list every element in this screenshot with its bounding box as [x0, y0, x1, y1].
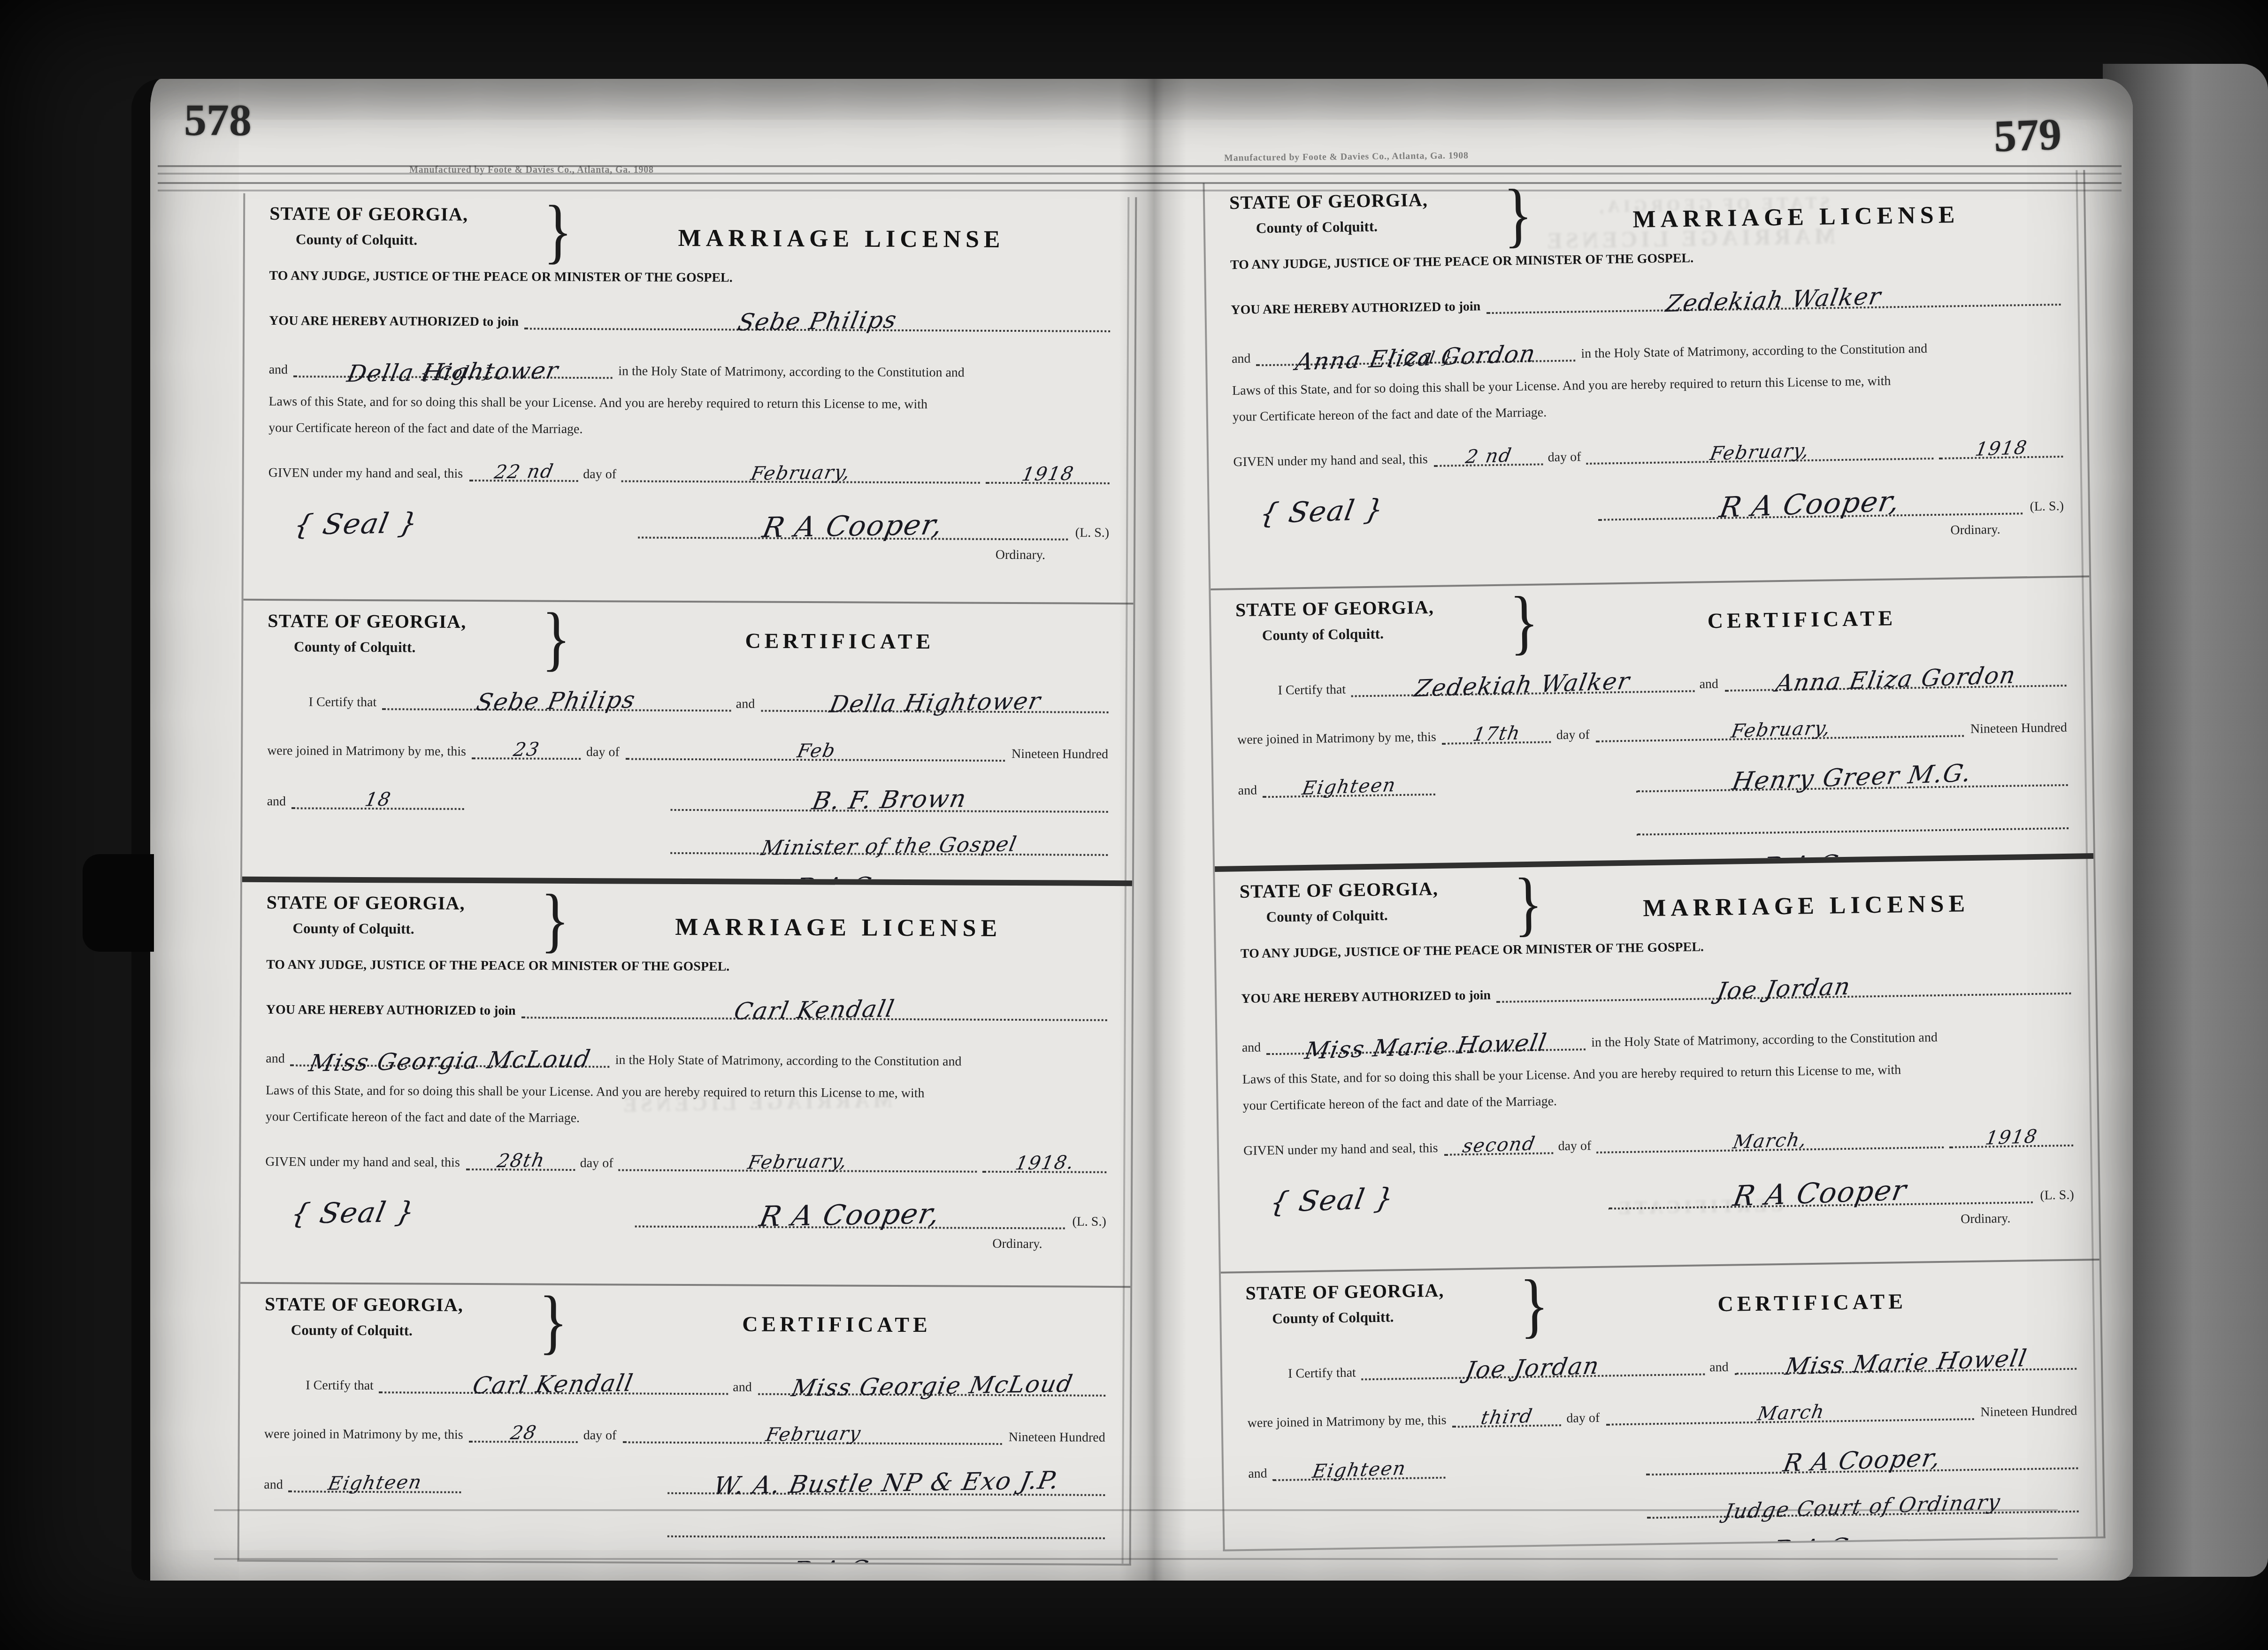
county-heading: County of Colquitt.	[1256, 216, 1511, 237]
license-month-handwritten: March,	[1594, 1128, 1946, 1160]
license-year-handwritten: 1918.	[981, 1155, 1109, 1176]
page-579: STATE OF GEORGIA, County of Colquitt. } …	[1203, 170, 2105, 1551]
license-title: MARRIAGE LICENSE	[1543, 887, 2070, 925]
ordinary-signature-handwritten: R A Cooper,	[632, 1199, 1069, 1234]
license-day-line: 28th	[466, 1150, 575, 1171]
recorder-signature-handwritten: R A Cooper	[1676, 1531, 2020, 1550]
page-number-right: 579	[1993, 112, 2062, 165]
year-word-handwritten: 18	[289, 792, 466, 813]
day-of-label: day of	[1556, 728, 1590, 743]
state-heading: STATE OF GEORGIA,	[265, 1295, 546, 1317]
recorded-year-handwritten: 1918.	[1498, 1547, 1675, 1549]
i-certify-label: I Certify that	[306, 1378, 374, 1394]
marriage-certificate-entry: STATE OF GEORGIA, County of Colquitt. } …	[242, 599, 1134, 880]
groom-name-handwritten: Carl Kendall	[518, 994, 1111, 1027]
addressee-line: TO ANY JUDGE, JUSTICE OF THE PEACE OR MI…	[266, 958, 1107, 977]
seal-notation-handwritten: { Seal }	[288, 1199, 417, 1230]
party-b-handwritten: Miss Georgie McLoud	[754, 1372, 1108, 1401]
seal-notation-handwritten: { Seal }	[1268, 1185, 1396, 1218]
ordinary-signature-handwritten: R A Cooper,	[635, 510, 1072, 545]
authorize-label: YOU ARE HEREBY AUTHORIZED to join	[266, 1003, 516, 1019]
ceremony-day-handwritten: third	[1450, 1408, 1563, 1431]
matrimony-clause: in the Holy State of Matrimony, accordin…	[1581, 342, 1927, 362]
bride-name-line: Della Hightower{ Col. }	[293, 357, 613, 379]
locus-sigilli-label: (L. S.)	[2040, 1188, 2074, 1204]
party-b-line: Miss Marie Howell	[1734, 1350, 2076, 1375]
laws-clause: Laws of this State, and for so doing thi…	[1232, 372, 2062, 399]
recorded-day-line: 11th	[1347, 1544, 1456, 1550]
brace-glyph: }	[1503, 184, 1533, 246]
ceremony-month-line: February	[622, 1423, 1003, 1445]
license-month-line: February,	[1586, 439, 1933, 465]
ordinary-title: Ordinary.	[268, 545, 1045, 563]
ceremony-month-line: Feb	[625, 740, 1006, 762]
party-a-handwritten: Sebe Philips	[379, 687, 733, 716]
officiant-title-handwritten	[667, 1537, 1106, 1544]
brace-glyph: }	[1513, 873, 1543, 935]
and-label: and	[736, 697, 755, 712]
authorize-label: YOU ARE HEREBY AUTHORIZED to join	[269, 314, 519, 330]
ordinary-signature-handwritten: R A Cooper	[1606, 1173, 2036, 1216]
groom-name-handwritten: Sebe Philips	[521, 305, 1113, 338]
marriage-certificate-entry: STATE OF GEORGIA, County of Colquitt. } …	[239, 1282, 1131, 1564]
recorder-signature-line: R A Cooper	[1678, 1536, 2017, 1549]
license-year-line: 1918	[1949, 1126, 2074, 1149]
county-heading: County of Colquitt.	[1266, 905, 1521, 925]
license-day-handwritten: 22 nd	[467, 464, 580, 485]
state-heading: STATE OF GEORGIA,	[269, 205, 551, 227]
and-label: and	[1699, 677, 1718, 693]
joined-label: were joined in Matrimony by me, this	[1237, 730, 1436, 748]
marriage-license-entry: STATE OF GEORGIA, County of Colquitt. } …	[1215, 853, 2099, 1272]
year-word-handwritten: Eighteen	[286, 1475, 463, 1497]
ceremony-day-handwritten: 28	[467, 1425, 580, 1446]
party-b-handwritten: Della Hightower	[758, 688, 1111, 718]
officiant-signature-line: W. A. Bustle NP & Exo J.P.	[667, 1470, 1105, 1497]
year-word-handwritten: Eighteen	[1261, 777, 1437, 802]
book-spread: Manufactured by Foote & Davies Co., Atla…	[131, 79, 2133, 1581]
party-a-handwritten: Zedekiah Walker	[1349, 667, 1696, 703]
and-label: and	[266, 1052, 285, 1067]
page-578: STATE OF GEORGIA, County of Colquitt. } …	[238, 193, 1137, 1566]
county-heading: County of Colquitt.	[1262, 623, 1517, 644]
officiant-title-handwritten	[1636, 827, 2069, 842]
matrimony-clause: in the Holy State of Matrimony, accordin…	[615, 1053, 962, 1069]
and-label: and	[1242, 1040, 1261, 1056]
day-of-label: day of	[586, 745, 620, 760]
officiant-signature-handwritten: W. A. Bustle NP & Exo J.P.	[664, 1469, 1108, 1501]
license-day-handwritten: 28th	[463, 1153, 576, 1174]
ceremony-day-line: 23	[472, 739, 581, 760]
party-a-handwritten: Joe Jordan	[1359, 1351, 1707, 1386]
certificate-hereon-clause: your Certificate hereon of the fact and …	[1242, 1087, 2072, 1114]
ordinary-suffix-label: , Ordinary.	[2023, 1541, 2079, 1549]
ordinary-signature-line: R A Cooper	[1609, 1179, 2032, 1210]
license-year-line: 1918.	[982, 1153, 1106, 1174]
bride-name-line: Miss Marie Howell	[1266, 1030, 1586, 1055]
ceremony-day-line: 28	[469, 1422, 578, 1444]
brace-glyph: }	[539, 1291, 568, 1353]
officiant-title-handwritten: Judge Court of Ordinary	[1645, 1490, 2082, 1526]
license-month-line: February,	[619, 1151, 977, 1173]
certificate-title: CERTIFICATE	[1539, 606, 2066, 636]
given-label: GIVEN under my hand and seal, this	[1233, 452, 1428, 470]
ceremony-month-handwritten: Feb	[622, 741, 1009, 766]
marriage-certificate-entry: STATE OF GEORGIA, County of Colquitt. } …	[1221, 1259, 2104, 1550]
and-label: and	[733, 1380, 752, 1395]
license-month-handwritten: February,	[616, 1152, 980, 1177]
marriage-license-entry: STATE OF GEORGIA, County of Colquitt. } …	[240, 877, 1132, 1286]
printer-imprint-left: Manufactured by Foote & Davies Co., Atla…	[409, 167, 654, 176]
license-title: MARRIAGE LICENSE	[572, 223, 1111, 255]
ceremony-day-handwritten: 17th	[1440, 725, 1553, 748]
marriage-license-entry: STATE OF GEORGIA, County of Colquitt. } …	[1204, 170, 2089, 588]
nineteen-hundred-label: Nineteen Hundred	[1011, 747, 1108, 763]
ordinary-signature-line: R A Cooper,	[1599, 490, 2022, 521]
officiant-title-line	[667, 1513, 1105, 1540]
ordinary-signature-line: R A Cooper,	[635, 1203, 1065, 1230]
section-header: STATE OF GEORGIA, County of Colquitt. } …	[1229, 182, 2060, 245]
ceremony-month-line: March	[1605, 1400, 1975, 1426]
i-certify-label: I Certify that	[1278, 682, 1346, 698]
license-day-line: 22 nd	[468, 461, 577, 482]
county-heading: County of Colquitt.	[291, 1322, 546, 1339]
party-a-line: Joe Jordan	[1361, 1355, 1704, 1381]
authorize-label: YOU ARE HEREBY AUTHORIZED to join	[1241, 988, 1491, 1007]
i-certify-label: I Certify that	[309, 695, 377, 710]
ceremony-day-line: third	[1452, 1406, 1561, 1428]
joined-label: were joined in Matrimony by me, this	[267, 744, 466, 760]
ceremony-day-line: 17th	[1442, 723, 1551, 745]
ordinary-signature-line: R A Cooper,	[638, 514, 1068, 541]
groom-name-line: Carl Kendall	[521, 998, 1107, 1021]
brace-glyph: }	[540, 890, 569, 951]
section-header: STATE OF GEORGIA, County of Colquitt. } …	[1245, 1272, 2076, 1336]
certificate-title: CERTIFICATE	[567, 1314, 1106, 1338]
state-heading: STATE OF GEORGIA,	[1245, 1280, 1527, 1305]
brace-glyph: }	[544, 201, 573, 262]
locus-sigilli-label: (L. S.)	[2030, 499, 2064, 515]
laws-clause: Laws of this State, and for so doing thi…	[1242, 1061, 2072, 1088]
ceremony-day-handwritten: 23	[470, 742, 583, 763]
groom-name-handwritten: Joe Jordan	[1493, 967, 2074, 1011]
license-year-handwritten: 1918	[1947, 1129, 2075, 1152]
state-heading: STATE OF GEORGIA,	[1240, 878, 1522, 903]
license-year-handwritten: 1918	[1937, 440, 2065, 463]
nineteen-hundred-label: Nineteen Hundred	[1970, 721, 2068, 737]
laws-clause: Laws of this State, and for so doing thi…	[268, 395, 1110, 413]
party-a-handwritten: Carl Kendall	[376, 1370, 730, 1399]
party-b-line: Della Hightower	[760, 691, 1109, 713]
marriage-certificate-entry: STATE OF GEORGIA, County of Colquitt. } …	[1211, 575, 2093, 866]
recorded-day-handwritten: 11th	[1345, 1547, 1457, 1550]
license-year-line: 1918	[1939, 437, 2063, 460]
and-label: and	[1709, 1360, 1729, 1376]
locus-sigilli-label: (L. S.)	[1075, 526, 1110, 541]
officiant-signature-handwritten: R A Cooper,	[1643, 1443, 2081, 1482]
i-certify-label: I Certify that	[1288, 1366, 1356, 1382]
officiant-title-line	[1637, 805, 2069, 836]
certificate-hereon-clause: your Certificate hereon of the fact and …	[1233, 398, 2062, 425]
and-label: and	[1232, 351, 1251, 367]
matrimony-clause: in the Holy State of Matrimony, accordin…	[1591, 1031, 1938, 1051]
party-a-line: Zedekiah Walker	[1351, 672, 1694, 697]
county-heading: County of Colquitt.	[292, 920, 548, 938]
party-a-line: Sebe Philips	[382, 690, 730, 712]
license-title: MARRIAGE LICENSE	[569, 912, 1108, 944]
book-edge-tab	[83, 854, 154, 952]
brace-glyph: }	[1509, 592, 1539, 653]
day-of-label: day of	[1558, 1139, 1591, 1154]
section-header: STATE OF GEORGIA, County of Colquitt. } …	[265, 1295, 1106, 1350]
recorder-signature-handwritten: R A Cooper	[690, 1556, 1046, 1564]
and-label: and	[1238, 783, 1257, 799]
authorize-label: YOU ARE HEREBY AUTHORIZED to join	[1231, 299, 1480, 318]
license-year-line: 1918	[986, 464, 1110, 485]
recorded-month-line: March, 1918.	[1500, 1541, 1673, 1549]
county-heading: County of Colquitt.	[294, 638, 549, 656]
license-month-line: March,	[1597, 1128, 1944, 1154]
section-header: STATE OF GEORGIA, County of Colquitt. } …	[1240, 871, 2070, 934]
officiant-signature-handwritten: Henry Greer M.G.	[1633, 759, 2071, 799]
license-day-handwritten: second	[1442, 1137, 1555, 1159]
party-b-handwritten: Anna Eliza Gordon	[1721, 662, 2069, 697]
license-month-handwritten: February,	[620, 464, 983, 489]
state-heading: STATE OF GEORGIA,	[1235, 597, 1517, 622]
given-label: GIVEN under my hand and seal, this	[268, 466, 463, 482]
and-label: and	[1248, 1467, 1267, 1482]
year-word-line: Eighteen	[1272, 1458, 1446, 1481]
groom-name-line: Sebe Philips	[524, 309, 1110, 332]
ledger-line	[214, 1509, 2058, 1511]
license-month-handwritten: February,	[1585, 439, 1936, 471]
party-b-line: Anna Eliza Gordon	[1724, 666, 2067, 692]
party-b-handwritten: Miss Marie Howell	[1732, 1345, 2079, 1381]
ledger-line	[214, 1558, 2058, 1560]
locus-sigilli-label: (L. S.)	[1072, 1215, 1106, 1230]
bride-name-handwritten: Miss Marie Howell	[1264, 1030, 1588, 1064]
groom-name-handwritten: Zedekiah Walker	[1483, 278, 2064, 322]
bride-name-handwritten: Miss Georgia McLoud	[287, 1047, 613, 1076]
license-year-handwritten: 1918	[983, 466, 1111, 487]
joined-label: were joined in Matrimony by me, this	[1247, 1413, 1446, 1431]
day-of-label: day of	[583, 467, 616, 482]
section-header: STATE OF GEORGIA, County of Colquitt. } …	[266, 894, 1107, 948]
officiant-signature-line: B. F. Brown	[671, 787, 1108, 813]
nineteen-hundred-label: Nineteen Hundred	[1009, 1430, 1105, 1446]
year-word-line: Eighteen	[1263, 775, 1436, 798]
day-of-label: day of	[1548, 450, 1581, 466]
ordinary-title: Ordinary.	[265, 1234, 1042, 1252]
ceremony-month-handwritten: February	[620, 1424, 1006, 1449]
certificate-hereon-clause: your Certificate hereon of the fact and …	[268, 421, 1110, 440]
seal-notation-handwritten: { Seal }	[291, 511, 421, 541]
ceremony-month-line: February,	[1595, 717, 1965, 743]
scanned-register-photo: Manufactured by Foote & Davies Co., Atla…	[0, 0, 2268, 1650]
license-day-handwritten: 2 nd	[1432, 448, 1544, 470]
officiant-title-handwritten: Minister of the Gospel	[667, 833, 1111, 861]
recorder-signature-line: R A Cooper	[693, 1560, 1043, 1564]
state-heading: STATE OF GEORGIA,	[268, 612, 549, 634]
officiant-signature-line: R A Cooper,	[1646, 1445, 2078, 1476]
license-day-line: second	[1443, 1134, 1553, 1156]
license-title: MARRIAGE LICENSE	[1532, 199, 2060, 237]
addressee-line: TO ANY JUDGE, JUSTICE OF THE PEACE OR MI…	[1230, 246, 2060, 273]
groom-name-line: Zedekiah Walker	[1486, 285, 2061, 314]
certificate-title: CERTIFICATE	[1548, 1289, 2076, 1320]
joined-label: were joined in Matrimony by me, this	[264, 1427, 463, 1443]
party-b-line: Miss Georgie McLoud	[758, 1375, 1106, 1397]
marriage-license-entry: STATE OF GEORGIA, County of Colquitt. } …	[244, 193, 1135, 603]
year-word-line: Eighteen	[289, 1472, 461, 1494]
year-word-handwritten: Eighteen	[1271, 1460, 1447, 1485]
brace-glyph: }	[1519, 1275, 1549, 1337]
year-word-line: 18	[291, 789, 464, 810]
recorded-month-handwritten: March,	[1498, 1547, 1675, 1549]
recorded-month-line: March, 1918.	[514, 1559, 687, 1564]
license-day-line: 2 nd	[1433, 445, 1542, 467]
recorded-day-handwritten: 11th	[359, 1562, 472, 1564]
state-heading: STATE OF GEORGIA,	[267, 894, 548, 916]
brace-glyph: }	[542, 608, 571, 670]
given-label: GIVEN under my hand and seal, this	[1243, 1141, 1438, 1159]
officiant-signature-line: Henry Greer M.G.	[1636, 762, 2068, 793]
laws-clause: Laws of this State, and for so doing thi…	[266, 1084, 1107, 1102]
printer-imprint-right: Manufactured by Foote & Davies Co., Atla…	[1224, 153, 1469, 164]
section-header: STATE OF GEORGIA, County of Colquitt. } …	[268, 612, 1109, 667]
day-of-label: day of	[1566, 1411, 1600, 1427]
page-number-left: 578	[184, 98, 252, 148]
party-a-line: Carl Kendall	[379, 1373, 728, 1395]
ordinary-signature-handwritten: R A Cooper,	[1596, 484, 2026, 527]
county-heading: County of Colquitt.	[1272, 1306, 1527, 1327]
license-month-line: February,	[622, 462, 980, 484]
addressee-line: TO ANY JUDGE, JUSTICE OF THE PEACE OR MI…	[269, 269, 1111, 288]
matrimony-clause: in the Holy State of Matrimony, accordin…	[618, 364, 965, 381]
bride-name-line: Miss Georgia McLoud	[291, 1046, 610, 1068]
bride-name-line: Anna Eliza Gordon{ Col }	[1256, 341, 1576, 367]
ceremony-month-handwritten: February,	[1593, 717, 1967, 749]
and-label: and	[267, 794, 286, 810]
seal-notation-handwritten: { Seal }	[1257, 497, 1386, 529]
certificate-title: CERTIFICATE	[571, 630, 1109, 655]
addressee-line: TO ANY JUDGE, JUSTICE OF THE PEACE OR MI…	[1241, 935, 2070, 962]
officiant-signature-handwritten: B. F. Brown	[667, 786, 1111, 817]
given-label: GIVEN under my hand and seal, this	[265, 1155, 460, 1171]
county-heading: County of Colquitt.	[296, 231, 551, 249]
officiant-title-line: Judge Court of Ordinary	[1647, 1488, 2079, 1519]
certificate-hereon-clause: your Certificate hereon of the fact and …	[266, 1110, 1107, 1129]
day-of-label: day of	[583, 1428, 617, 1444]
officiant-title-line: Minister of the Gospel	[670, 830, 1108, 856]
day-of-label: day of	[580, 1156, 613, 1171]
section-header: STATE OF GEORGIA, County of Colquitt. } …	[269, 205, 1111, 260]
nineteen-hundred-label: Nineteen Hundred	[1980, 1404, 2077, 1421]
section-header: STATE OF GEORGIA, County of Colquitt. } …	[1235, 589, 2066, 652]
ceremony-month-handwritten: March	[1603, 1399, 1977, 1431]
and-label: and	[269, 363, 288, 378]
state-heading: STATE OF GEORGIA,	[1229, 190, 1511, 214]
groom-name-line: Joe Jordan	[1496, 974, 2071, 1003]
and-label: and	[264, 1478, 283, 1493]
